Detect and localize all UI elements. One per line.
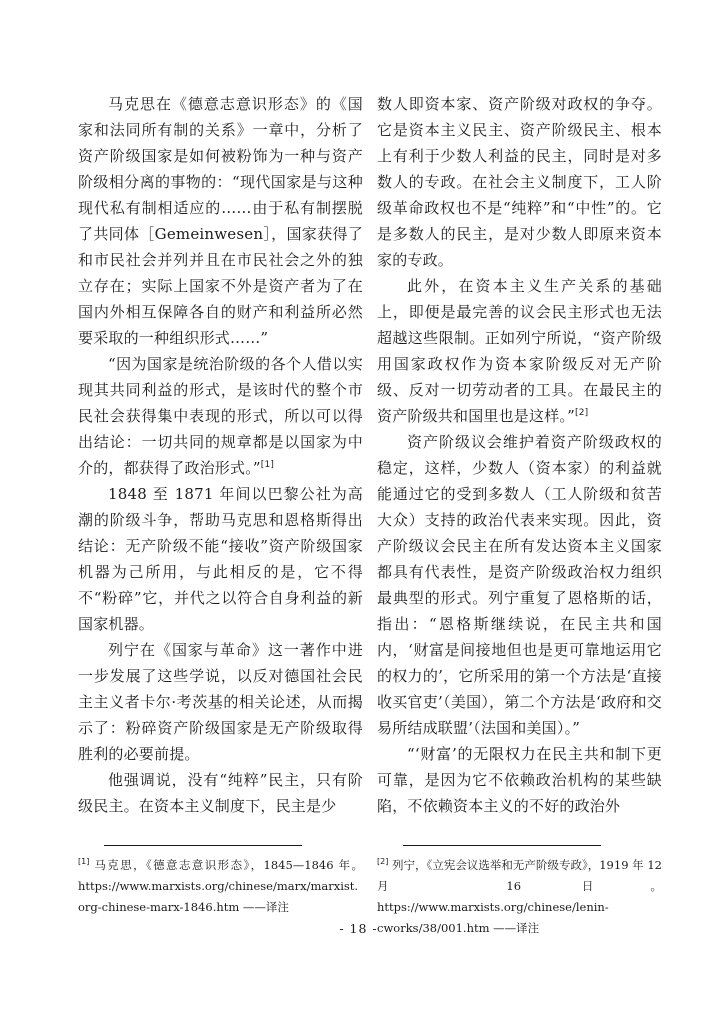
paragraph-no-pure-democracy: 他强调说，没有“纯粹”民主，只有阶级民主。在资本主义制度下，民主是少 [78,767,363,819]
paragraph-lenin-state-and-revolution: 列宁在《国家与革命》这一著作中进一步发展了这些学说，以反对德国社会民主主义者卡尔… [78,637,363,767]
footnote-ref-1: [1] [261,460,274,470]
footnote-section-left: [1] 马克思，《德意志意识形态》，1845—1846 年。https://ww… [78,845,363,918]
paragraph-parliamentary-limits: 此外，在资本主义生产关系的基础上，即便是最完善的议会民主形式也无法超越这些限制。… [377,273,662,429]
footnote-separator-left [104,845,302,846]
left-column: 马克思在《德意志意识形态》的《国家和法同所有制的关系》一章中，分析了资产阶级国家… [78,91,363,819]
footnote-1: [1] 马克思，《德意志意识形态》，1845—1846 年。https://ww… [78,855,363,918]
footnote-2-marker: [2] [377,857,388,866]
paragraph-text: 此外，在资本主义生产关系的基础上，即便是最完善的议会民主形式也无法超越这些限制。… [377,277,662,425]
paragraph-continuation-bourgeois-democracy: 数人即资本家、资产阶级对政权的争夺。它是资本主义民主、资产阶级民主、根本上有利于… [377,91,662,273]
paragraph-1848-1871-paris-commune: 1848 至 1871 年间以巴黎公社为高潮的阶级斗争，帮助马克思和恩格斯得出结… [78,481,363,637]
paragraph-text: “因为国家是统治阶级的各个人借以实现其共同利益的形式，是该时代的整个市民社会获得… [78,355,363,477]
paragraph-marx-german-ideology: 马克思在《德意志意识形态》的《国家和法同所有制的关系》一章中，分析了资产阶级国家… [78,91,363,351]
page-number: - 18 - [0,921,717,936]
paragraph-bourgeois-parliament-engels: 资产阶级议会维护着资产阶级政权的稳定，这样，少数人（资本家）的利益就能通过它的受… [377,429,662,741]
footnote-1-text: 马克思，《德意志意识形态》，1845—1846 年。https://www.ma… [78,858,363,914]
document-page: 马克思在《德意志意识形态》的《国家和法同所有制的关系》一章中，分析了资产阶级国家… [0,0,717,1012]
footnote-1-marker: [1] [78,857,89,866]
paragraph-wealth-unlimited-power: “‘财富’的无限权力在民主共和制下更可靠，是因为它不依赖政治机构的某些缺陷，不依… [377,741,662,819]
footnote-ref-2: [2] [575,408,588,418]
paragraph-state-ruling-class-quote: “因为国家是统治阶级的各个人借以实现其共同利益的形式，是该时代的整个市民社会获得… [78,351,363,481]
footnote-separator-right [403,845,601,846]
right-column: 数人即资本家、资产阶级对政权的争夺。它是资本主义民主、资产阶级民主、根本上有利于… [377,91,662,819]
